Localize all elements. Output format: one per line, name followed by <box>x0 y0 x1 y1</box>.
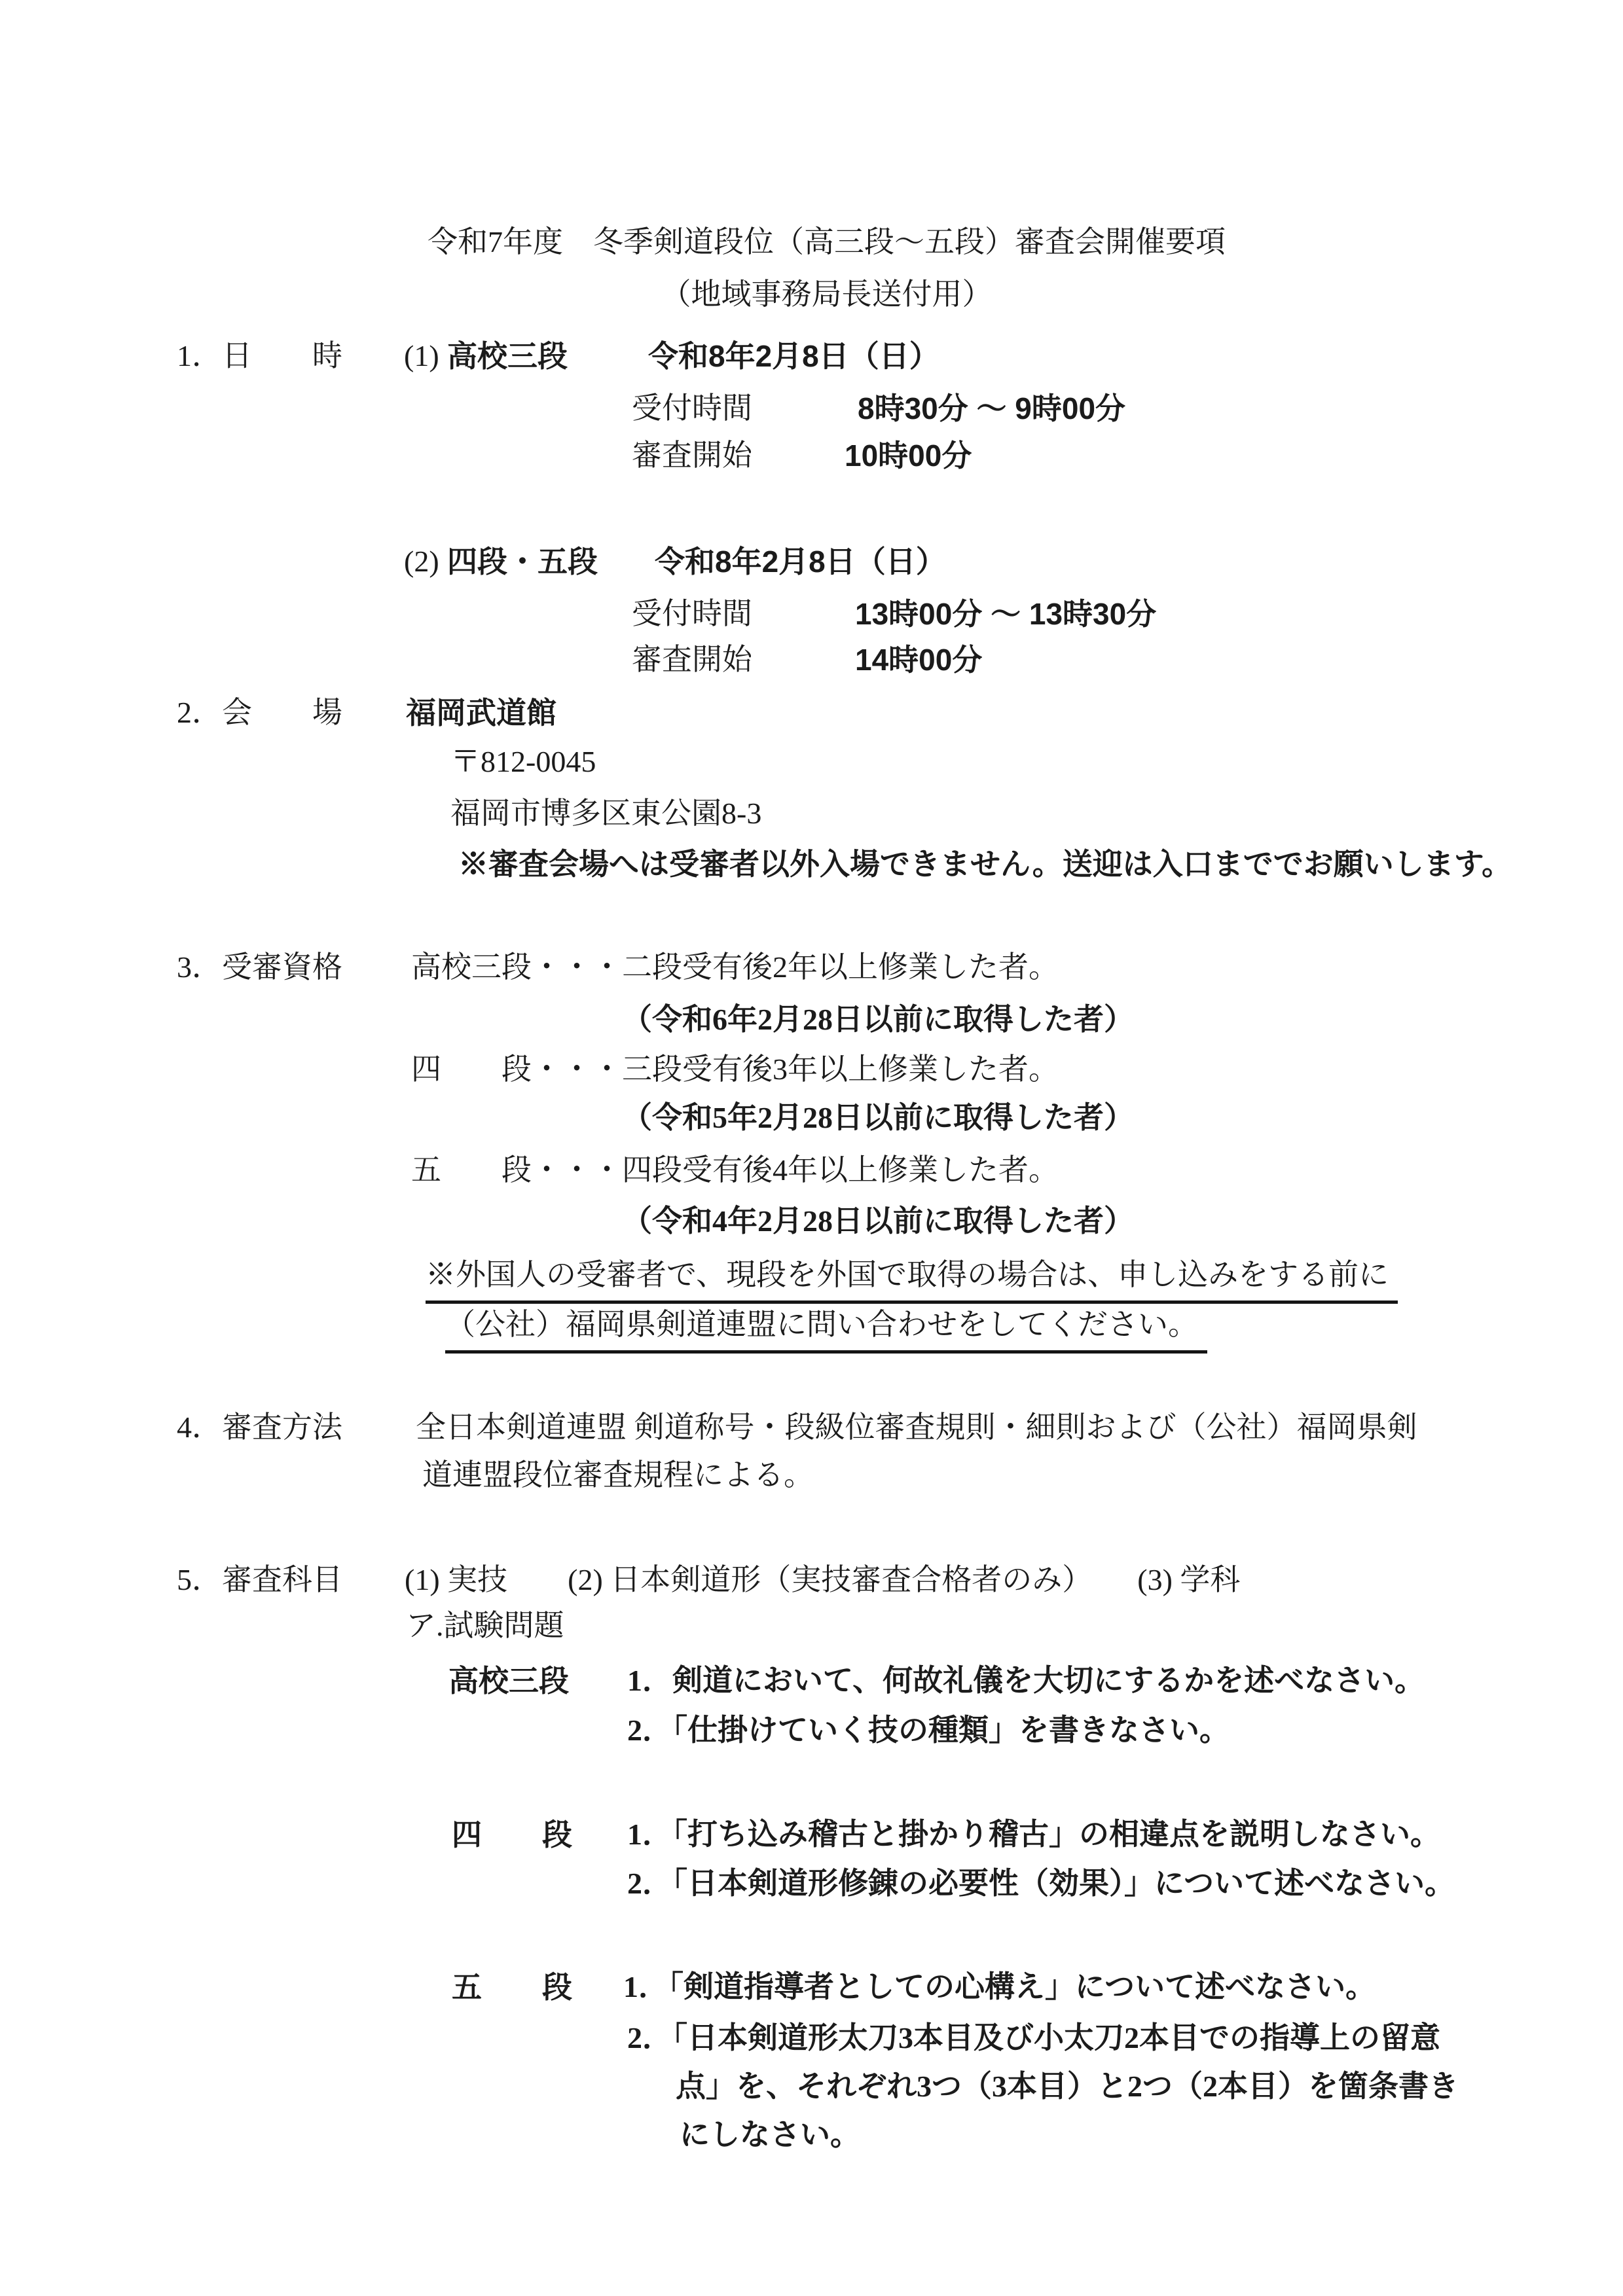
sec1-item2-row: (2) 四段・五段 令和8年2月8日（日） <box>0 541 1623 582</box>
foreigner-note-2: （公社）福岡県剣道連盟に問い合わせをしてください。 <box>445 1304 1207 1354</box>
exam-grade3-q1-row: 五 段 1．「剣道指導者としての心構え」について述べなさい。 <box>0 1967 1623 2007</box>
eligibility-text-3: 五 段・・・四段受有後4年以上修業した者。 <box>411 1150 1059 1191</box>
sec1-item2-reception-row: 受付時間 13時00分 ～ 13時30分 <box>0 594 1623 634</box>
exam-grade3-q2-row-2: 点」を、それぞれ3つ（3本目）と2つ（2本目）を箇条書き <box>0 2066 1623 2107</box>
foreigner-note-row-1: ※外国人の受審者で、現段を外国で取得の場合は、申し込みをする前に <box>0 1255 1623 1295</box>
start-time: 14時00分 <box>855 639 982 680</box>
sec1-item2-marker: (2) <box>404 541 439 582</box>
address-row: 福岡市博多区東公園8-3 <box>0 793 1623 834</box>
sec1-item1-date: 令和8年2月8日（日） <box>648 336 939 376</box>
sec5-label: 5．審査科目 <box>177 1560 342 1600</box>
sec3-heading-row: 3．受審資格 高校三段・・・二段受有後2年以上修業した者。 <box>0 947 1623 988</box>
method-line-1: 全日本剣道連盟 剣道称号・段級位審査規則・細則および（公社）福岡県剣 <box>416 1407 1417 1448</box>
subtitle-row: （地域事務局長送付用） <box>0 234 1623 274</box>
sec3-label: 3．受審資格 <box>177 947 342 988</box>
eligibility-row-2: 四 段・・・三段受有後3年以上修業した者。 <box>0 1049 1623 1090</box>
sec1-item1-marker: (1) <box>404 336 439 376</box>
exam-grade3-q2-line1: 2．「日本剣道形太刀3本目及び小太刀2本目での指導上の留意 <box>627 2018 1440 2058</box>
exam-grade3-q2-row-1: 2．「日本剣道形太刀3本目及び小太刀2本目での指導上の留意 <box>0 2018 1623 2058</box>
sec1-item2-grade: 四段・五段 <box>447 541 598 582</box>
exam-grade1-q1-row: 高校三段 1．剣道において、何故礼儀を大切にするかを述べなさい。 <box>0 1660 1623 1701</box>
start-time: 10時00分 <box>845 435 972 476</box>
sec1-heading-row: 1．日 時 (1) 高校三段 令和8年2月8日（日） <box>0 336 1623 376</box>
reception-time: 8時30分 ～ 9時00分 <box>858 388 1125 429</box>
postal-code: 〒812-0045 <box>450 742 596 782</box>
venue-note-row: ※審査会場へは受審者以外入場できません。送迎は入口まででお願いします。 <box>0 844 1623 885</box>
exam-grade2-q2: 2．「日本剣道形修錬の必要性（効果）」について述べなさい。 <box>627 1863 1455 1904</box>
reception-label: 受付時間 <box>632 388 752 429</box>
sec1-item1-grade: 高校三段 <box>447 336 568 376</box>
sec1-item2-start-row: 審査開始 14時00分 <box>0 639 1623 680</box>
eligibility-paren-3: （令和4年2月28日以前に取得した者） <box>622 1201 1134 1242</box>
subjects-list: (1) 実技 (2) 日本剣道形（実技審査合格者のみ） (3) 学科 <box>405 1560 1240 1600</box>
exam-grade2-label: 四 段 <box>452 1814 572 1855</box>
exam-questions-header: ア.試験問題 <box>406 1605 564 1646</box>
exam-questions-header-row: ア.試験問題 <box>0 1605 1623 1646</box>
sec1-label: 1．日 時 <box>177 336 342 376</box>
postal-row: 〒812-0045 <box>0 742 1623 782</box>
exam-grade3-label: 五 段 <box>452 1967 572 2007</box>
foreigner-note-1: ※外国人の受審者で、現段を外国で取得の場合は、申し込みをする前に <box>426 1255 1398 1304</box>
method-row-2: 道連盟段位審査規程による。 <box>0 1455 1623 1496</box>
sec1-item1-start-row: 審査開始 10時00分 <box>0 435 1623 476</box>
eligibility-row-3: 五 段・・・四段受有後4年以上修業した者。 <box>0 1150 1623 1191</box>
venue-note: ※審査会場へは受審者以外入場できません。送迎は入口まででお願いします。 <box>458 844 1512 885</box>
sec5-heading-row: 5．審査科目 (1) 実技 (2) 日本剣道形（実技審査合格者のみ） (3) 学… <box>0 1560 1623 1600</box>
sec4-label: 4．審査方法 <box>177 1407 342 1448</box>
reception-time: 13時00分 ～ 13時30分 <box>855 594 1156 634</box>
exam-grade2-q1: 1．「打ち込み稽古と掛かり稽古」の相違点を説明しなさい。 <box>627 1814 1440 1855</box>
sec1-item2-date: 令和8年2月8日（日） <box>655 541 946 582</box>
exam-grade3-q2-row-3: にしなさい。 <box>0 2115 1623 2155</box>
sec1-item1-reception-row: 受付時間 8時30分 ～ 9時00分 <box>0 388 1623 429</box>
exam-grade1-q2: 2．「仕掛けていく技の種類」を書きなさい。 <box>627 1710 1230 1751</box>
sec2-label: 2．会 場 <box>177 692 342 733</box>
eligibility-paren-1: （令和6年2月28日以前に取得した者） <box>622 999 1134 1040</box>
eligibility-paren-2: （令和5年2月28日以前に取得した者） <box>622 1098 1134 1138</box>
eligibility-paren-row-3: （令和4年2月28日以前に取得した者） <box>0 1201 1623 1242</box>
venue-name: 福岡武道館 <box>406 692 556 733</box>
title-row: 令和7年度 冬季剣道段位（高三段～五段）審査会開催要項 <box>0 181 1623 222</box>
exam-grade1-q2-row: 2．「仕掛けていく技の種類」を書きなさい。 <box>0 1710 1623 1751</box>
exam-grade3-q1: 1．「剣道指導者としての心構え」について述べなさい。 <box>623 1967 1376 2007</box>
eligibility-paren-row-1: （令和6年2月28日以前に取得した者） <box>0 999 1623 1040</box>
reception-label: 受付時間 <box>632 594 752 634</box>
foreigner-note-row-2: （公社）福岡県剣道連盟に問い合わせをしてください。 <box>0 1304 1623 1345</box>
exam-grade2-q2-row: 2．「日本剣道形修錬の必要性（効果）」について述べなさい。 <box>0 1863 1623 1904</box>
exam-grade1-label: 高校三段 <box>448 1660 569 1701</box>
eligibility-text-2: 四 段・・・三段受有後3年以上修業した者。 <box>411 1049 1059 1090</box>
venue-address: 福岡市博多区東公園8-3 <box>450 793 761 834</box>
document-page: 令和7年度 冬季剣道段位（高三段～五段）審査会開催要項 （地域事務局長送付用） … <box>0 0 1623 2296</box>
exam-grade1-q1: 1．剣道において、何故礼儀を大切にするかを述べなさい。 <box>627 1660 1425 1701</box>
exam-grade3-q2-line2: 点」を、それぞれ3つ（3本目）と2つ（2本目）を箇条書き <box>676 2066 1459 2107</box>
eligibility-row-1: 高校三段・・・二段受有後2年以上修業した者。 <box>411 947 1059 988</box>
exam-grade3-q2-line3: にしなさい。 <box>680 2115 860 2155</box>
exam-grade2-q1-row: 四 段 1．「打ち込み稽古と掛かり稽古」の相違点を説明しなさい。 <box>0 1814 1623 1855</box>
start-label: 審査開始 <box>632 435 752 476</box>
sec2-heading-row: 2．会 場 福岡武道館 <box>0 692 1623 733</box>
start-label: 審査開始 <box>632 639 752 680</box>
method-line-2: 道連盟段位審査規程による。 <box>422 1455 814 1496</box>
eligibility-paren-row-2: （令和5年2月28日以前に取得した者） <box>0 1098 1623 1138</box>
document-subtitle: （地域事務局長送付用） <box>661 278 993 311</box>
sec4-heading-row: 4．審査方法 全日本剣道連盟 剣道称号・段級位審査規則・細則および（公社）福岡県… <box>0 1407 1623 1448</box>
